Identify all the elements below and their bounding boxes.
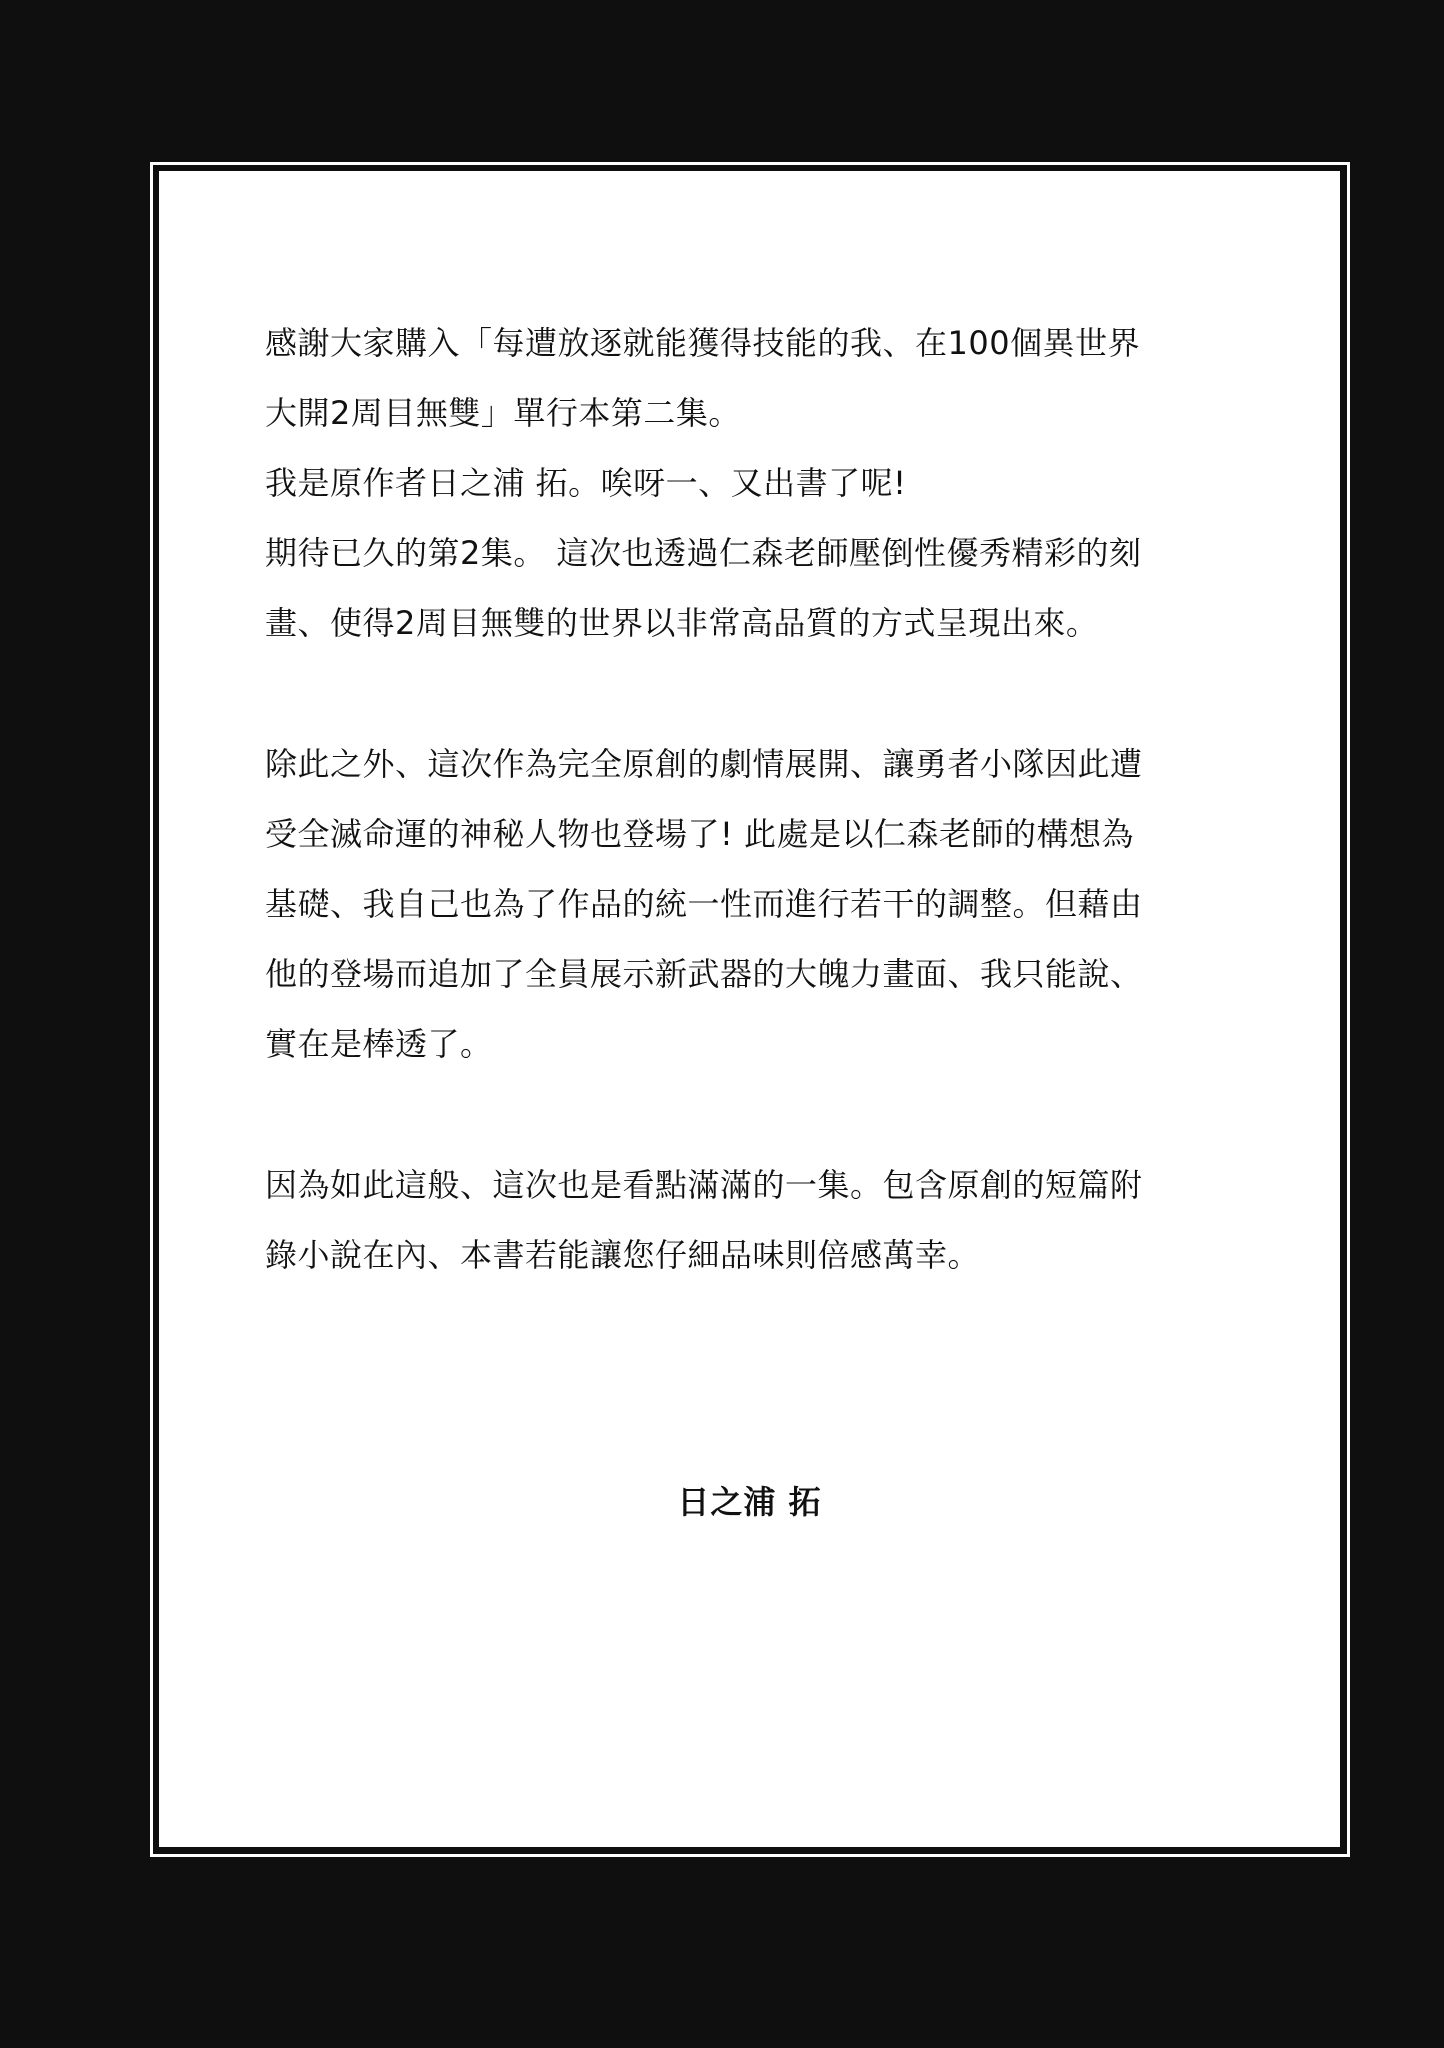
author-signature: 日之浦 拓 [159, 1477, 1340, 1523]
paragraph-gap [265, 1079, 1265, 1150]
afterword-page: 感謝大家購入「每遭放逐就能獲得技能的我、在100個異世界 大開2周目無雙」單行本… [159, 171, 1340, 1847]
text-line: 大開2周目無雙」單行本第二集。 [265, 378, 1265, 448]
paragraph-3: 因為如此這般、這次也是看點滿滿的一集。包含原創的短篇附 錄小說在內、本書若能讓您… [265, 1150, 1265, 1290]
text-line: 實在是棒透了。 [265, 1009, 1265, 1079]
text-line: 期待已久的第2集。 這次也透過仁森老師壓倒性優秀精彩的刻 [265, 518, 1265, 588]
afterword-body: 感謝大家購入「每遭放逐就能獲得技能的我、在100個異世界 大開2周目無雙」單行本… [265, 308, 1265, 1290]
text-line: 基礎、我自己也為了作品的統一性而進行若干的調整。但藉由 [265, 869, 1265, 939]
text-line: 他的登場而追加了全員展示新武器的大魄力畫面、我只能說、 [265, 939, 1265, 1009]
text-line: 畫、使得2周目無雙的世界以非常高品質的方式呈現出來。 [265, 588, 1265, 658]
text-line: 感謝大家購入「每遭放逐就能獲得技能的我、在100個異世界 [265, 308, 1265, 378]
paragraph-2: 除此之外、這次作為完全原創的劇情展開、讓勇者小隊因此遭 受全滅命運的神秘人物也登… [265, 729, 1265, 1079]
text-line: 因為如此這般、這次也是看點滿滿的一集。包含原創的短篇附 [265, 1150, 1265, 1220]
paragraph-gap [265, 658, 1265, 729]
text-line: 錄小說在內、本書若能讓您仔細品味則倍感萬幸。 [265, 1220, 1265, 1290]
text-line: 除此之外、這次作為完全原創的劇情展開、讓勇者小隊因此遭 [265, 729, 1265, 799]
text-line: 受全滅命運的神秘人物也登場了! 此處是以仁森老師的構想為 [265, 799, 1265, 869]
text-line: 我是原作者日之浦 拓。唉呀一、又出書了呢! [265, 448, 1265, 518]
paragraph-1: 感謝大家購入「每遭放逐就能獲得技能的我、在100個異世界 大開2周目無雙」單行本… [265, 308, 1265, 658]
